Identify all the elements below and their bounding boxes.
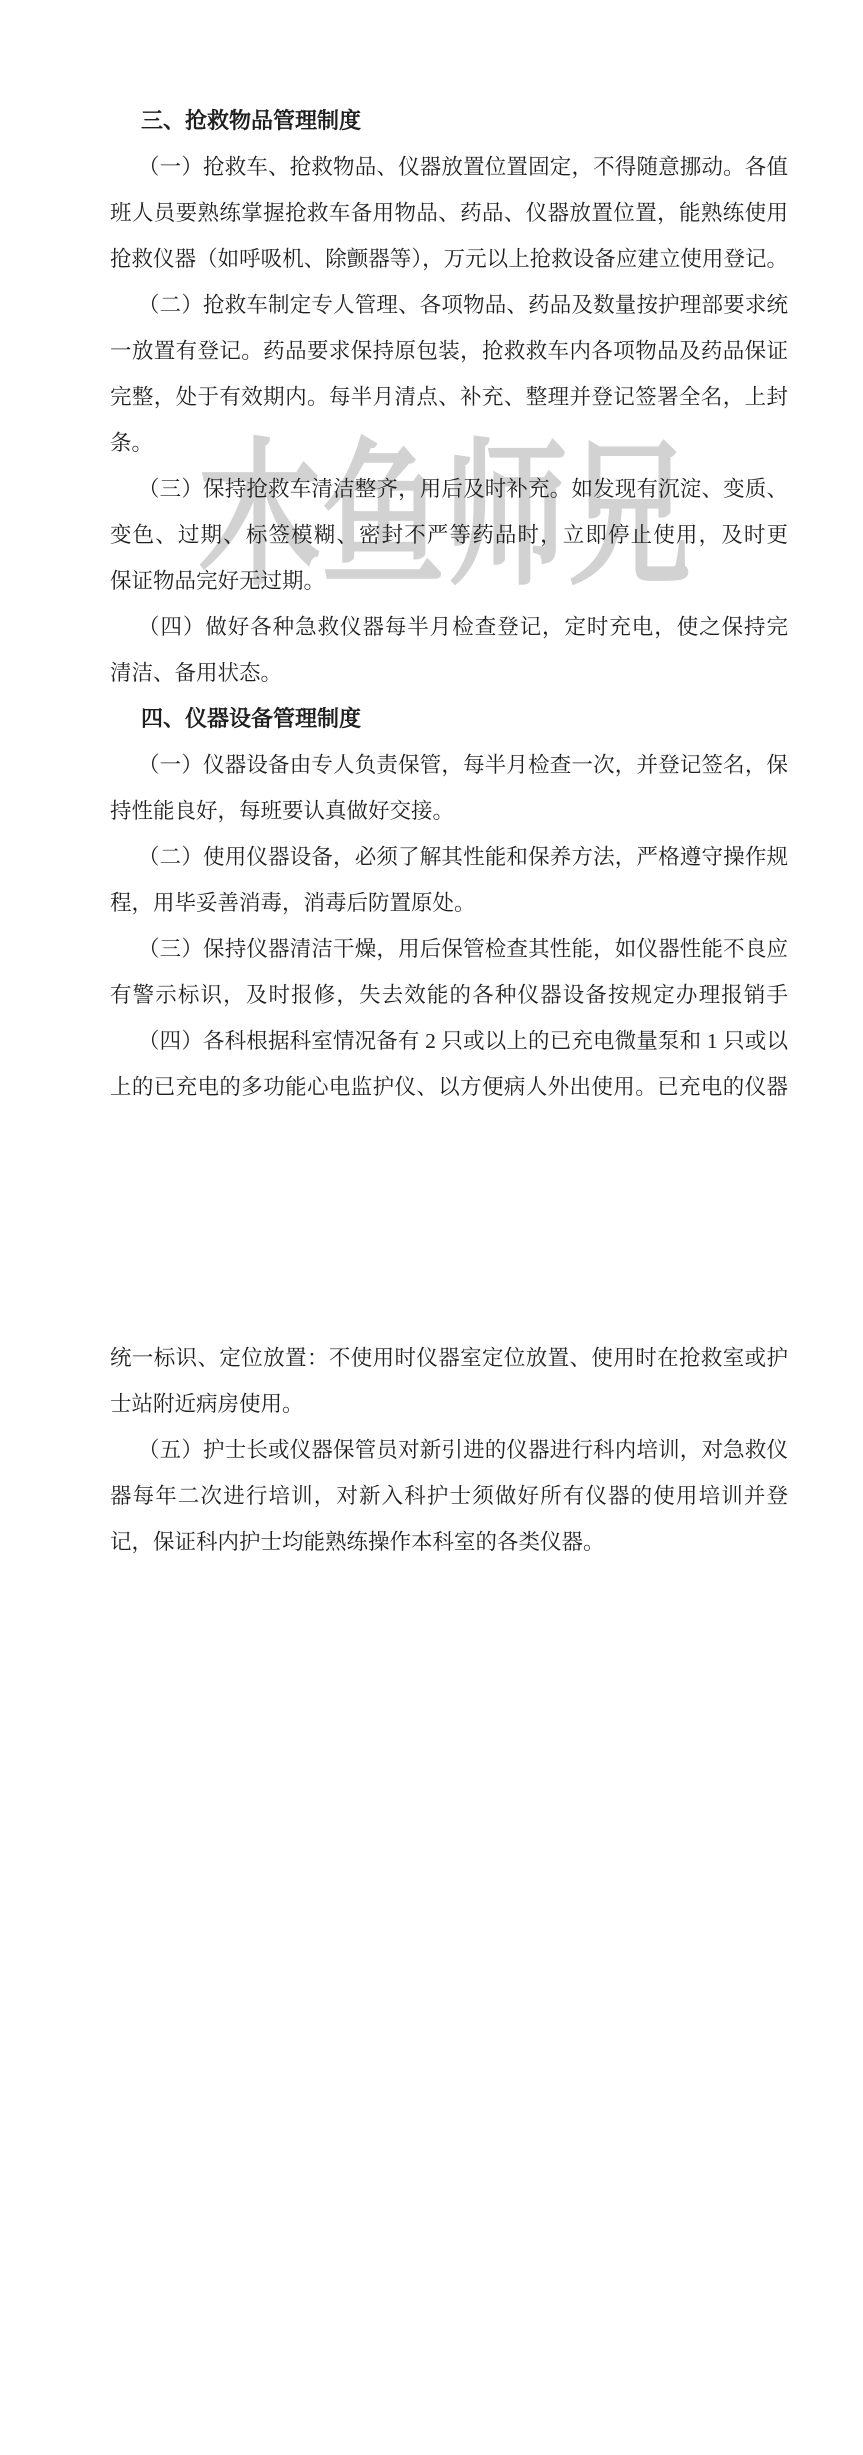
paragraph-line: 器每年二次进行培训，对新入科护士须做好所有仪器的使用培训并登: [110, 1473, 788, 1519]
paragraph-line: 清洁、备用状态。: [110, 650, 788, 696]
heading-line: 三、抢救物品管理制度: [110, 98, 788, 144]
section-heading: 四、仪器设备管理制度: [110, 696, 788, 742]
paragraph-line: 班人员要熟练掌握抢救车备用物品、药品、仪器放置位置，能熟练使用: [110, 190, 788, 236]
paragraph-line: 完整，处于有效期内。每半月清点、补充、整理并登记签署全名，上封: [110, 374, 788, 420]
paragraph: （四）做好各种急救仪器每半月检查登记，定时充电，使之保持完好、清洁、备用状态。: [110, 604, 788, 696]
paragraph: （一）仪器设备由专人负责保管，每半月检查一次，并登记签名，保持性能良好，每班要认…: [110, 742, 788, 834]
document-page: 木鱼师兄 三、抢救物品管理制度（一）抢救车、抢救物品、仪器放置位置固定，不得随意…: [0, 0, 863, 2455]
paragraph-line: 一放置有登记。药品要求保持原包装，抢救救车内各项物品及药品保证: [110, 328, 788, 374]
paragraph-line: 持性能良好，每班要认真做好交接。: [110, 788, 788, 834]
paragraph-line: 程，用毕妥善消毒，消毒后防置原处。: [110, 880, 788, 926]
paragraph-line: 变色、过期、标签模糊、密封不严等药品时，立即停止使用，及时更新，: [110, 512, 788, 558]
paragraph-line: （一）抢救车、抢救物品、仪器放置位置固定，不得随意挪动。各值: [110, 144, 788, 190]
paragraph-line: 士站附近病房使用。: [110, 1381, 788, 1427]
paragraph: 统一标识、定位放置：不使用时仪器室定位放置、使用时在抢救室或护士站附近病房使用。: [110, 1335, 788, 1427]
paragraph-line: （二）抢救车制定专人管理、各项物品、药品及数量按护理部要求统: [110, 282, 788, 328]
paragraph-line: 条。: [110, 420, 788, 466]
paragraph-line: 有警示标识，及时报修，失去效能的各种仪器设备按规定办理报销手续。: [110, 972, 788, 1018]
paragraph-line: 上的已充电的多功能心电监护仪、以方便病人外出使用。已充电的仪器: [110, 1064, 788, 1110]
paragraph: （二）使用仪器设备，必须了解其性能和保养方法，严格遵守操作规程，用毕妥善消毒，消…: [110, 834, 788, 926]
paragraph: （五）护士长或仪器保管员对新引进的仪器进行科内培训，对急救仪器每年二次进行培训，…: [110, 1427, 788, 1565]
paragraph: （四）各科根据科室情况备有 2 只或以上的已充电微量泵和 1 只或以上的已充电的…: [110, 1018, 788, 1110]
heading-line: 四、仪器设备管理制度: [110, 696, 788, 742]
page-break-gap: [110, 1110, 788, 1335]
paragraph-line: （二）使用仪器设备，必须了解其性能和保养方法，严格遵守操作规: [110, 834, 788, 880]
paragraph-line: 统一标识、定位放置：不使用时仪器室定位放置、使用时在抢救室或护: [110, 1335, 788, 1381]
paragraph-line: 保证物品完好无过期。: [110, 558, 788, 604]
paragraph-line: （五）护士长或仪器保管员对新引进的仪器进行科内培训，对急救仪: [110, 1427, 788, 1473]
paragraph: （二）抢救车制定专人管理、各项物品、药品及数量按护理部要求统一放置有登记。药品要…: [110, 282, 788, 466]
paragraph-line: （三）保持抢救车清洁整齐，用后及时补充。如发现有沉淀、变质、: [110, 466, 788, 512]
paragraph-line: （三）保持仪器清洁干燥，用后保管检查其性能，如仪器性能不良应: [110, 926, 788, 972]
paragraph-line: （四）做好各种急救仪器每半月检查登记，定时充电，使之保持完好、: [110, 604, 788, 650]
paragraph-line: （四）各科根据科室情况备有 2 只或以上的已充电微量泵和 1 只或以: [110, 1018, 788, 1064]
paragraph: （一）抢救车、抢救物品、仪器放置位置固定，不得随意挪动。各值班人员要熟练掌握抢救…: [110, 144, 788, 282]
paragraph: （三）保持抢救车清洁整齐，用后及时补充。如发现有沉淀、变质、变色、过期、标签模糊…: [110, 466, 788, 604]
paragraph-line: 抢救仪器（如呼吸机、除颤器等），万元以上抢救设备应建立使用登记。: [110, 236, 788, 282]
paragraph: （三）保持仪器清洁干燥，用后保管检查其性能，如仪器性能不良应有警示标识，及时报修…: [110, 926, 788, 1018]
document-body: 三、抢救物品管理制度（一）抢救车、抢救物品、仪器放置位置固定，不得随意挪动。各值…: [110, 98, 788, 1565]
paragraph-line: 记，保证科内护士均能熟练操作本科室的各类仪器。: [110, 1519, 788, 1565]
paragraph-line: （一）仪器设备由专人负责保管，每半月检查一次，并登记签名，保: [110, 742, 788, 788]
section-heading: 三、抢救物品管理制度: [110, 98, 788, 144]
